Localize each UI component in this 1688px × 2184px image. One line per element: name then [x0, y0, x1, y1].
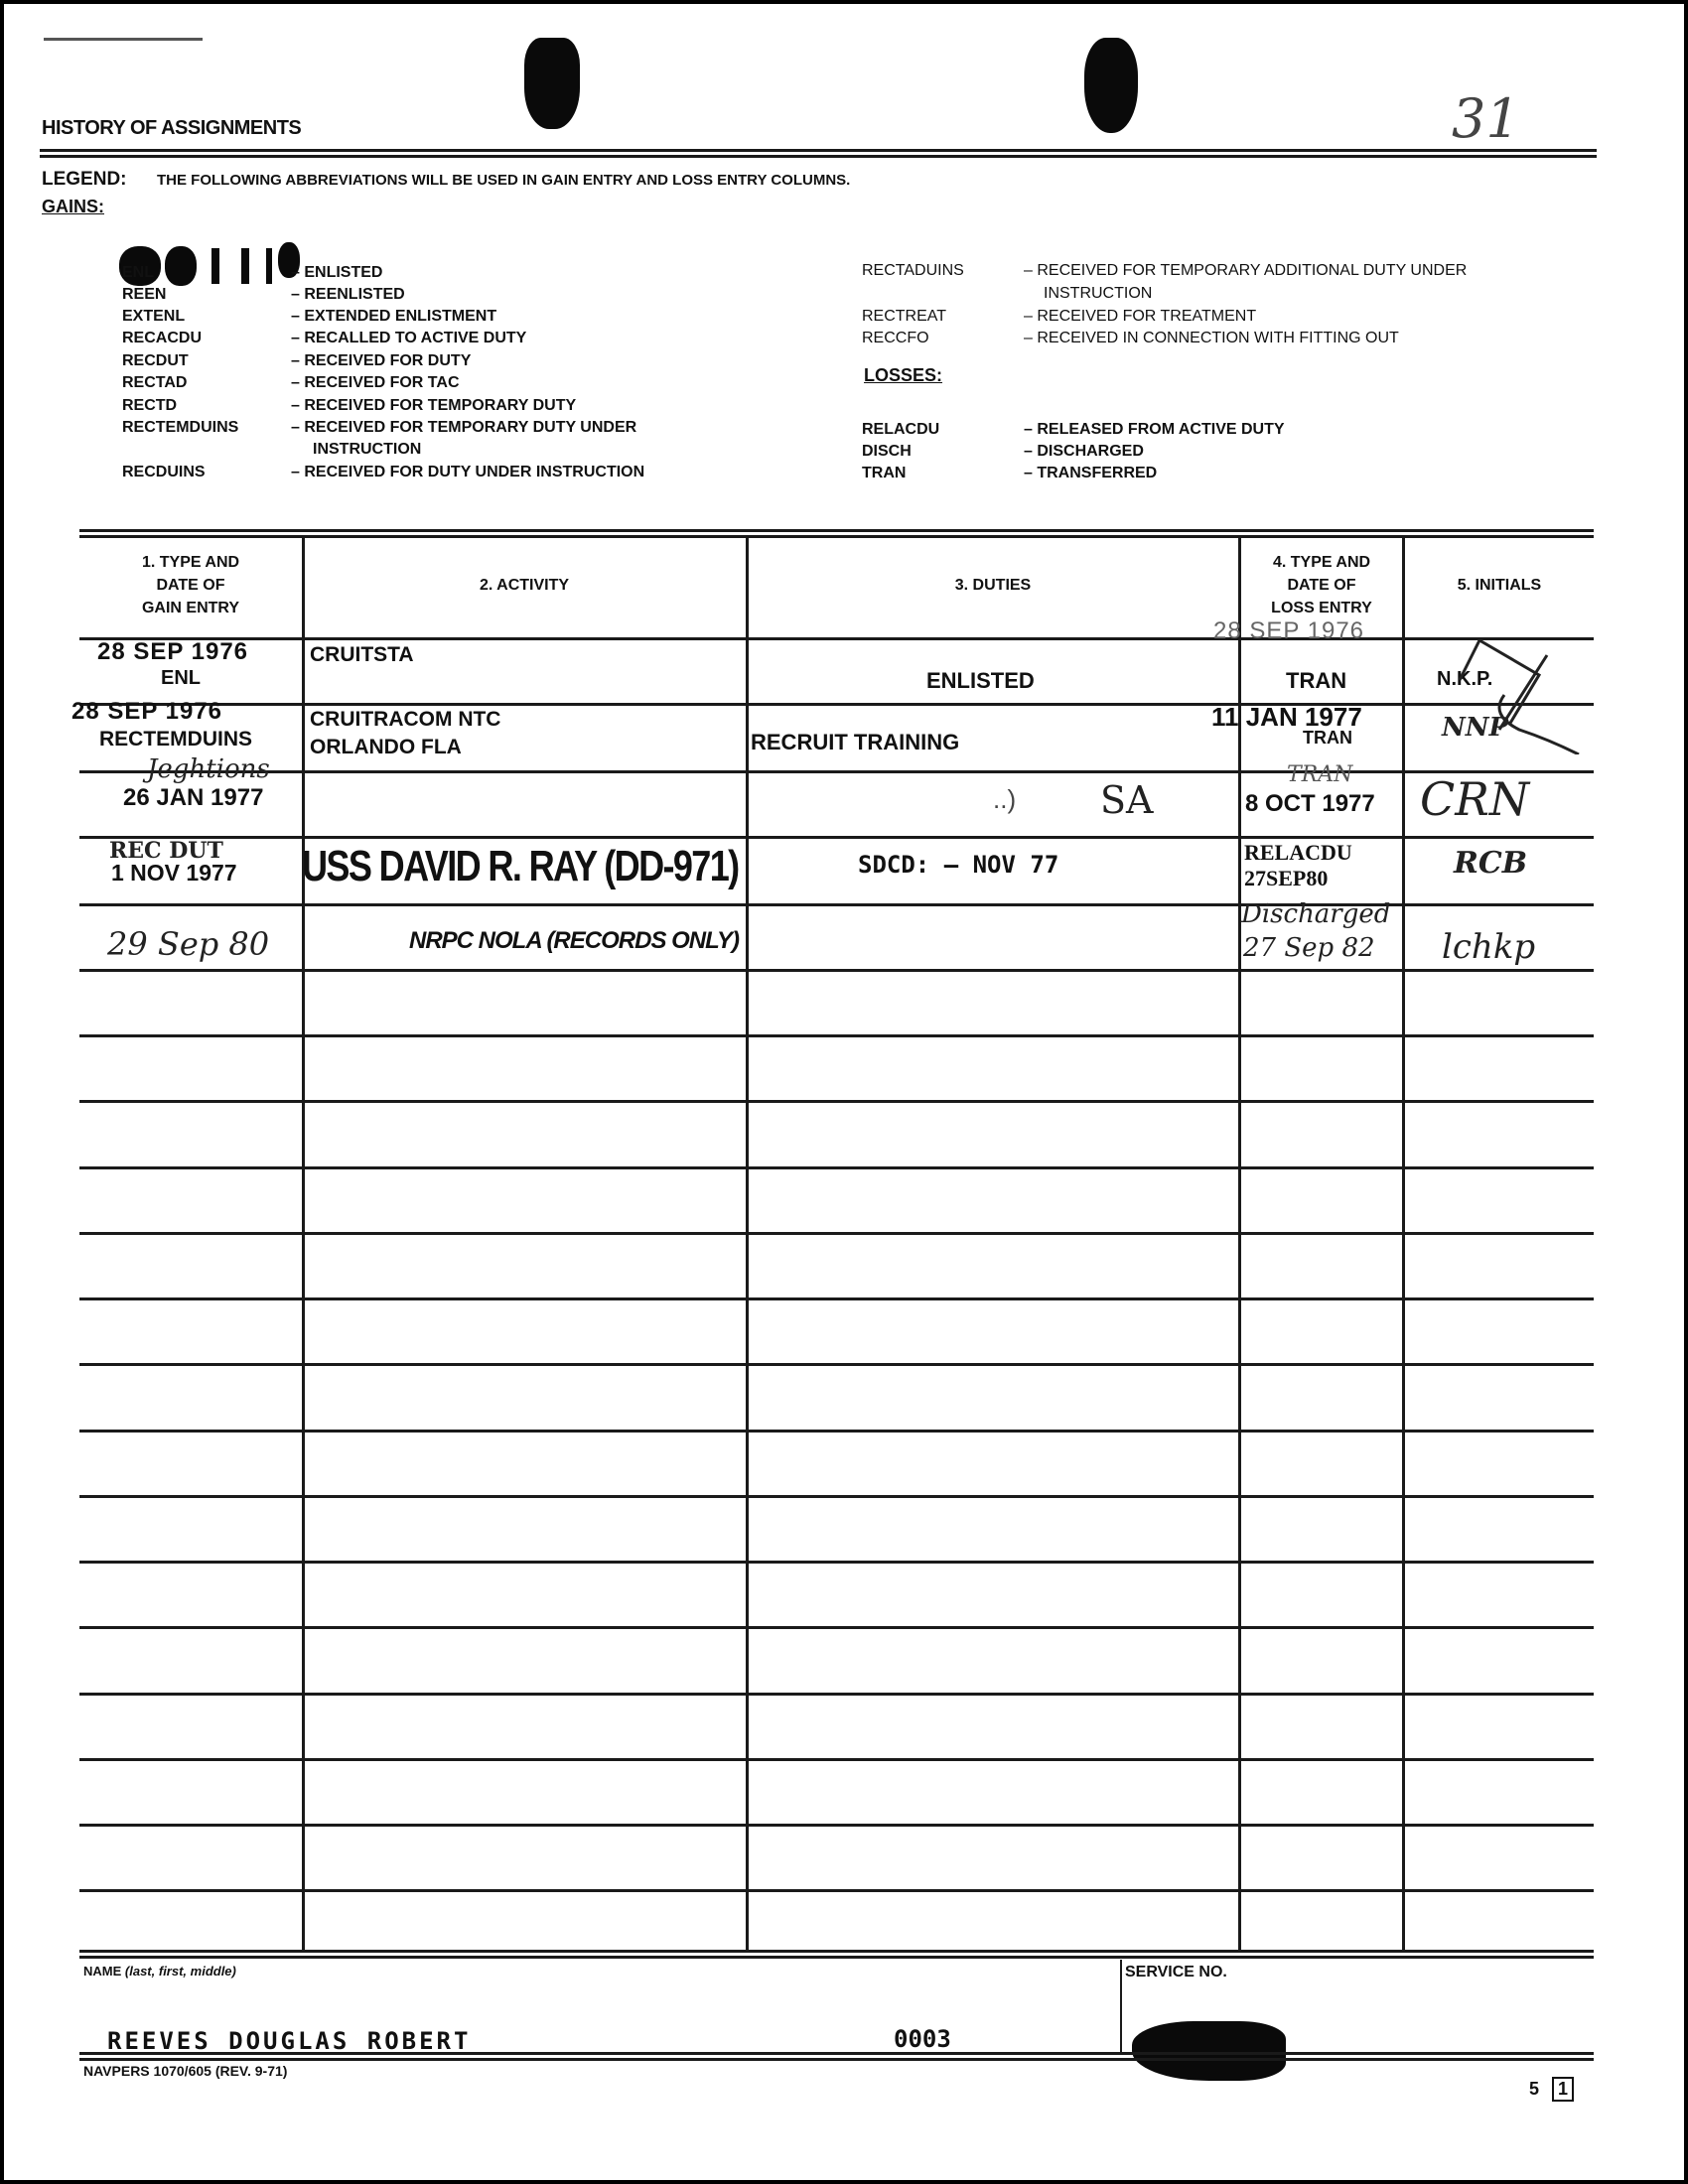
loss-type: Discharged	[1241, 899, 1390, 929]
duties: ENLISTED	[926, 668, 1035, 694]
loss-type: TRAN	[1287, 762, 1352, 787]
row-line	[79, 1758, 1594, 1761]
page-annotation: 31	[1452, 87, 1520, 150]
loss-date: 27 Sep 82	[1243, 933, 1375, 963]
activity: CRUITRACOM NTC	[310, 708, 500, 732]
duties: SDCD: — NOV 77	[858, 851, 1058, 879]
loss-date: 28 SEP 1976	[1213, 617, 1364, 645]
table-bottom-rule	[79, 1950, 1594, 1959]
gain-date: 28 SEP 1976	[97, 638, 248, 666]
row-line	[79, 1232, 1594, 1235]
gain-date: 26 JAN 1977	[123, 784, 263, 812]
service-no-divider	[1120, 1960, 1122, 2055]
hole-punch-right	[1084, 38, 1138, 133]
loss-date: 27SEP80	[1244, 866, 1328, 891]
row-line	[79, 770, 1594, 773]
loss-type: TRAN	[1303, 728, 1352, 749]
row-line	[79, 1297, 1594, 1300]
column-divider	[1402, 538, 1405, 1952]
row-line	[79, 1166, 1594, 1169]
initials: CRN	[1420, 772, 1529, 826]
column-divider	[746, 538, 749, 1952]
gain-type: Jeghtions	[147, 754, 270, 784]
legend-label: LEGEND:	[42, 169, 127, 191]
column-divider	[1238, 538, 1241, 1952]
page-border	[0, 0, 1688, 2184]
row-line	[79, 1430, 1594, 1433]
row-line	[79, 637, 1594, 640]
table-top-rule	[79, 529, 1594, 538]
gain-date: 1 NOV 1977	[111, 860, 237, 887]
initials: NNP	[1442, 713, 1508, 743]
row-line	[79, 1824, 1594, 1827]
name-value: REEVES DOUGLAS ROBERT	[107, 2027, 471, 2055]
header-gain-entry: 1. TYPE AND DATE OF GAIN ENTRY	[81, 551, 300, 619]
hole-punch-left	[524, 38, 580, 129]
initials: RCB	[1454, 846, 1527, 881]
column-divider	[302, 538, 305, 1952]
page-number: 5 1	[1529, 2077, 1574, 2102]
loss-type: RELACDU	[1244, 840, 1352, 866]
activity: USS DAVID R. RAY (DD-971)	[302, 842, 739, 891]
form-number: NAVPERS 1070/605 (REV. 9-71)	[83, 2063, 287, 2079]
activity: NRPC NOLA (RECORDS ONLY)	[409, 927, 739, 955]
service-no-redaction	[1132, 2021, 1286, 2081]
row-line	[79, 1693, 1594, 1696]
gain-type: ENL	[161, 667, 201, 690]
gain-type: RECTEMDUINS	[99, 728, 252, 751]
title-rule	[40, 149, 1597, 158]
form-title: HISTORY OF ASSIGNMENTS	[42, 117, 301, 140]
activity-line2: ORLANDO FLA	[310, 736, 462, 759]
loss-date: 8 OCT 1977	[1245, 790, 1375, 818]
row-line	[79, 1034, 1594, 1037]
row-line	[79, 703, 1594, 706]
loss-type: TRAN	[1286, 668, 1346, 694]
row-line	[79, 1561, 1594, 1564]
legend-text: THE FOLLOWING ABBREVIATIONS WILL BE USED…	[157, 172, 850, 189]
redaction-stamp	[241, 248, 249, 284]
scan-artifact-line	[44, 38, 203, 41]
gain-date: 29 Sep 80	[107, 925, 269, 963]
name-label: NAME (last, first, middle)	[83, 1964, 236, 1979]
redaction-stamp	[211, 248, 219, 284]
header-activity: 2. ACTIVITY	[304, 574, 745, 597]
footer-rule	[79, 2052, 1594, 2061]
gain-date: 28 SEP 1976	[71, 698, 222, 726]
activity: CRUITSTA	[310, 643, 414, 667]
initials: lchkp	[1442, 927, 1535, 967]
row-line	[79, 1889, 1594, 1892]
row-line	[79, 1363, 1594, 1366]
sequence-number: 0003	[894, 2025, 951, 2053]
row-line	[79, 1626, 1594, 1629]
redaction-stamp	[266, 248, 272, 284]
service-no-label: SERVICE NO.	[1125, 1964, 1227, 1981]
header-loss-entry: 4. TYPE AND DATE OF LOSS ENTRY	[1241, 551, 1402, 619]
duties: SA	[1100, 778, 1153, 822]
header-duties: 3. DUTIES	[749, 574, 1237, 597]
gains-label: GAINS:	[42, 197, 104, 217]
redaction-stamp	[165, 246, 197, 286]
row-line	[79, 836, 1594, 839]
losses-label: LOSSES:	[864, 365, 942, 386]
row-line	[79, 969, 1594, 972]
row-line	[79, 1100, 1594, 1103]
row-line	[79, 1495, 1594, 1498]
duties-stamp-fragment: ..)	[993, 784, 1016, 815]
duties: RECRUIT TRAINING	[751, 730, 959, 755]
header-initials: 5. INITIALS	[1405, 574, 1594, 597]
